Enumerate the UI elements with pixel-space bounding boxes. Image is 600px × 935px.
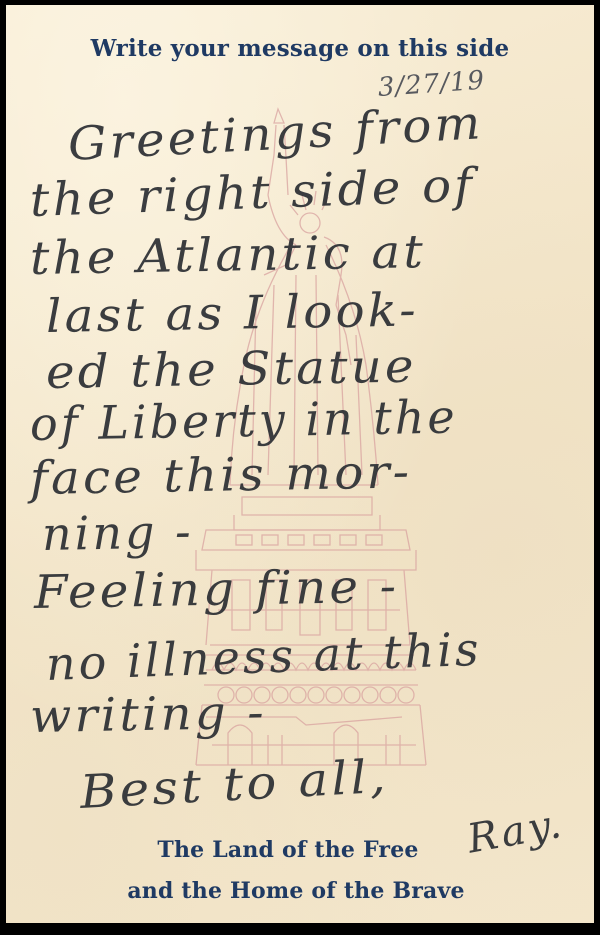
handwritten-line-7: face this mor- <box>30 444 413 505</box>
handwritten-line-4: last as I look- <box>46 282 420 342</box>
handwritten-line-5: ed the Statue <box>46 339 418 399</box>
handwritten-line-10: no illness at this <box>45 622 482 691</box>
handwritten-line-11: writing - <box>30 685 268 743</box>
handwritten-line-9: Feeling fine - <box>34 559 400 619</box>
handwritten-line-8: ning - <box>42 504 194 561</box>
postcard-message-side: Write your message on this side 3/27/19 … <box>6 5 594 923</box>
handwritten-line-6: of Liberty in the <box>30 390 459 451</box>
header-print-text: Write your message on this side <box>6 35 594 62</box>
footer-line-2: and the Home of the Brave <box>6 878 590 904</box>
handwritten-line-3: the Atlantic at <box>30 224 427 285</box>
footer-line-1: The Land of the Free <box>6 837 582 863</box>
handwritten-line-12: Best to all, <box>79 749 390 819</box>
